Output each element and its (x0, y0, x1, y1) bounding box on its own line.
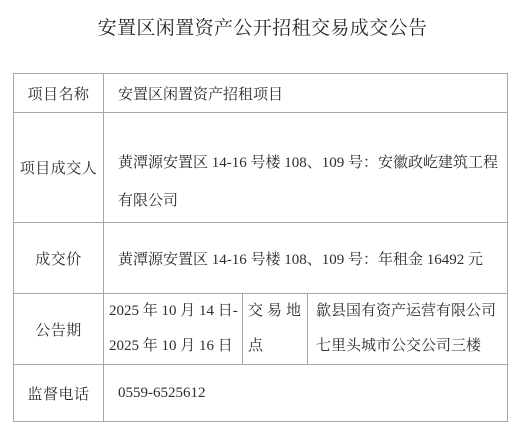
period-line-2: 2025 年 10 月 16 日 (109, 329, 242, 364)
period-line-1: 2025 年 10 月 14 日- (109, 294, 242, 329)
row-winner: 项目成交人 黄潭源安置区 14-16 号楼 108、109 号：安徽政屹建筑工程… (14, 113, 508, 223)
row-announcement: 公告期 2025 年 10 月 14 日- 2025 年 10 月 16 日 交… (14, 294, 508, 365)
announcement-period-value: 2025 年 10 月 14 日- 2025 年 10 月 16 日 (104, 294, 243, 365)
trade-location-value: 歙县国有资产运营有限公司 七里头城市公交公司三楼 (308, 294, 508, 365)
row-supervision-phone: 监督电话 0559-6525612 (14, 365, 508, 422)
project-name-label: 项目名称 (14, 74, 104, 113)
winner-label: 项目成交人 (14, 113, 104, 223)
project-name-value: 安置区闲置资产招租项目 (104, 74, 508, 113)
announcement-period-label: 公告期 (14, 294, 104, 365)
notice-table: 项目名称 安置区闲置资产招租项目 项目成交人 黄潭源安置区 14-16 号楼 1… (13, 73, 508, 422)
notice-title: 安置区闲置资产公开招租交易成交公告 (0, 13, 525, 40)
supervision-phone-value: 0559-6525612 (104, 365, 508, 422)
row-project-name: 项目名称 安置区闲置资产招租项目 (14, 74, 508, 113)
winner-value: 黄潭源安置区 14-16 号楼 108、109 号：安徽政屹建筑工程有限公司 (104, 113, 508, 223)
deal-price-label: 成交价 (14, 223, 104, 294)
row-deal-price: 成交价 黄潭源安置区 14-16 号楼 108、109 号：年租金 16492 … (14, 223, 508, 294)
deal-price-value: 黄潭源安置区 14-16 号楼 108、109 号：年租金 16492 元 (104, 223, 508, 294)
location-line-2: 七里头城市公交公司三楼 (316, 329, 507, 364)
trade-location-label: 交易地点 (243, 294, 308, 365)
location-line-1: 歙县国有资产运营有限公司 (316, 294, 507, 329)
supervision-phone-label: 监督电话 (14, 365, 104, 422)
